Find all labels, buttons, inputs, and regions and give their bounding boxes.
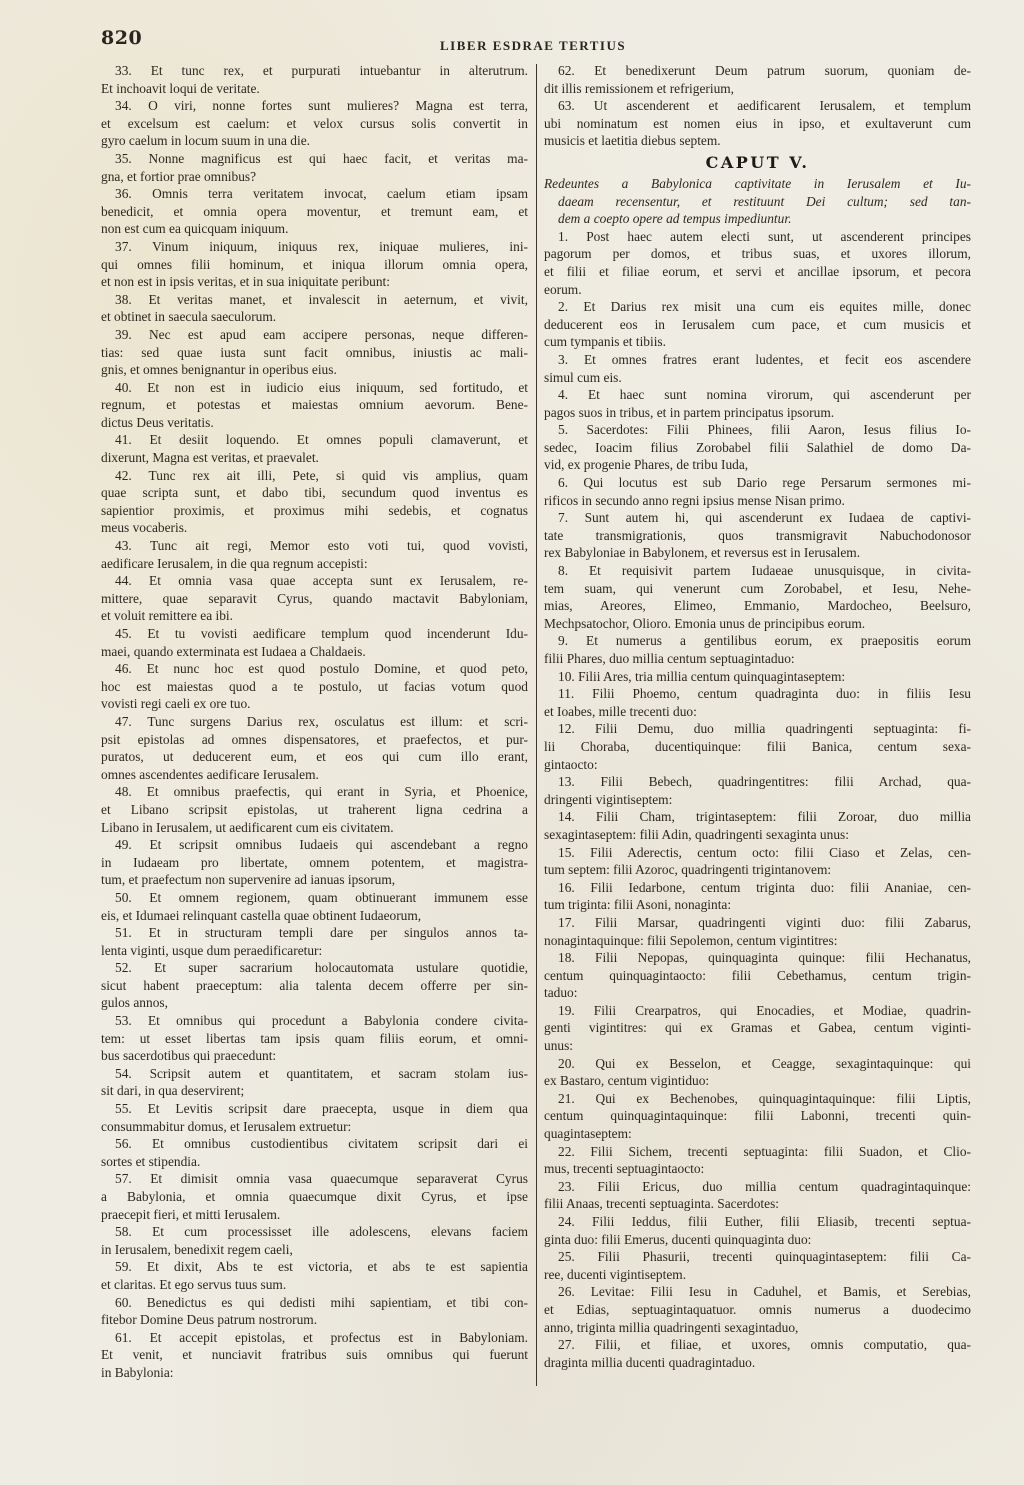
text-line: 9. Et numerus a gentilibus eorum, ex pra… [544, 632, 971, 650]
text-line: Mechpsatochor, Olioro. Emonia unus de pr… [544, 615, 971, 633]
text-line: hoc est maiestas quod a te postulo, ut f… [101, 678, 528, 696]
chapter-summary: Redeuntes a Babylonica captivitate in Ie… [544, 175, 971, 228]
verse-54: 54. Scripsit autem et quantitatem, et sa… [101, 1065, 528, 1100]
verse-60: 60. Benedictus es qui dedisti mihi sapie… [101, 1294, 528, 1329]
chapter-verses: 1. Post haec autem electi sunt, ut ascen… [544, 228, 971, 1372]
verse-24: 24. Filii Ieddus, filii Euther, filii El… [544, 1213, 971, 1248]
text-line: quae scripta sunt, et dabo tibi, secundu… [101, 484, 528, 502]
verse-15: 15. Filii Aderectis, centum octo: filii … [544, 844, 971, 879]
verse-18: 18. Filii Nepopas, quinquaginta quinque:… [544, 949, 971, 1002]
text-line: tias: sed quae iusta sunt facit omnibus,… [101, 344, 528, 362]
text-line: dixerunt, Magna est veritas, et praevale… [101, 449, 528, 467]
text-line: 6. Qui locutus est sub Dario rege Persar… [544, 474, 971, 492]
left-column: 33. Et tunc rex, et purpurati intuebantu… [101, 62, 528, 1382]
text-line: gna, et fortior prae omnibus? [101, 168, 528, 186]
verse-13: 13. Filii Bebech, quadringentitres: fili… [544, 773, 971, 808]
text-line: pagos suos in tribus, et in partem princ… [544, 404, 971, 422]
text-line: 20. Qui ex Besselon, et Ceagge, sexagint… [544, 1055, 971, 1073]
verse-61: 61. Et accepit epistolas, et profectus e… [101, 1329, 528, 1382]
text-line: et excelsum est caelum: et velox cursus … [101, 115, 528, 133]
text-line: 56. Et omnibus custodientibus civitatem … [101, 1135, 528, 1153]
verse-59: 59. Et dixit, Abs te est victoria, et ab… [101, 1258, 528, 1293]
text-line: 5. Sacerdotes: Filii Phinees, filii Aaro… [544, 421, 971, 439]
text-line: 53. Et omnibus qui procedunt a Babylonia… [101, 1012, 528, 1030]
text-line: 58. Et cum processisset ille adolescens,… [101, 1223, 528, 1241]
text-line: eis, et Idumaei relinquant castella quae… [101, 907, 528, 925]
verse-63: 63. Ut ascenderent et aedificarent Ierus… [544, 97, 971, 150]
verse-44: 44. Et omnia vasa quae accepta sunt ex I… [101, 572, 528, 625]
verse-16: 16. Filii Iedarbone, centum triginta duo… [544, 879, 971, 914]
text-line: 51. Et in structuram templi dare per sin… [101, 924, 528, 942]
text-line: tem suam, qui venerunt cum Zorobabel, et… [544, 580, 971, 598]
text-line: sedec, Ioacim filius Zorobabel filii Sal… [544, 439, 971, 457]
verse-5: 5. Sacerdotes: Filii Phinees, filii Aaro… [544, 421, 971, 474]
text-line: et Libano scripsit epistolas, ut trahere… [101, 801, 528, 819]
verse-6: 6. Qui locutus est sub Dario rege Persar… [544, 474, 971, 509]
text-line: rex Babyloniae in Babylonem, et reversus… [544, 544, 971, 562]
text-line: 13. Filii Bebech, quadringentitres: fili… [544, 773, 971, 791]
text-line: centum quinquagintaquinque: filii Labonn… [544, 1107, 971, 1125]
text-line: 42. Tunc rex ait illi, Pete, si quid vis… [101, 467, 528, 485]
text-line: quagintaseptem: [544, 1125, 971, 1143]
verse-39: 39. Nec est apud eam accipere personas, … [101, 326, 528, 379]
verse-33: 33. Et tunc rex, et purpurati intuebantu… [101, 62, 528, 97]
text-line: gyro caelum in locum suum in una die. [101, 132, 528, 150]
text-line: 10. Filii Ares, tria millia centum quinq… [544, 668, 971, 686]
text-line: Et inchoavit loqui de veritate. [101, 80, 528, 98]
text-line: ree, ducenti vigintiseptem. [544, 1266, 971, 1284]
text-line: a Babylonia, et omnia quaecumque dixit C… [101, 1188, 528, 1206]
verse-35: 35. Nonne magnificus est qui haec facit,… [101, 150, 528, 185]
column-divider [536, 64, 537, 1386]
text-line: regnum, et potestas et maiestas omnium a… [101, 396, 528, 414]
text-line: sapientior proximis, et proximus mihi se… [101, 502, 528, 520]
verse-47: 47. Tunc surgens Darius rex, osculatus e… [101, 713, 528, 783]
text-line: pagorum per domos, et tribus suas, et ux… [544, 245, 971, 263]
text-line: 2. Et Darius rex misit una cum eis equit… [544, 298, 971, 316]
text-line: lenta viginti, usque dum peraedificaretu… [101, 942, 528, 960]
text-line: psit epistolas ad omnes dispensatores, e… [101, 731, 528, 749]
page-number: 820 [101, 27, 142, 49]
text-line: omnes ascendentes aedificare Ierusalem. [101, 766, 528, 784]
text-line: 50. Et omnem regionem, quam obtinuerant … [101, 889, 528, 907]
book-page: 820 LIBER ESDRAE TERTIUS 33. Et tunc rex… [0, 0, 1024, 1485]
text-line: 37. Vinum iniquum, iniquus rex, iniquae … [101, 238, 528, 256]
text-line: et voluit remittere ea ibi. [101, 607, 528, 625]
text-line: anno, triginta millia quadringenti sexag… [544, 1319, 971, 1337]
text-line: lii Choraba, ducentiquinque: filii Banic… [544, 738, 971, 756]
verses-before-chapter: 62. Et benedixerunt Deum patrum suorum, … [544, 62, 971, 150]
text-line: 7. Sunt autem hi, qui ascenderunt ex Iud… [544, 509, 971, 527]
verse-38: 38. Et veritas manet, et invalescit in a… [101, 291, 528, 326]
text-line: 54. Scripsit autem et quantitatem, et sa… [101, 1065, 528, 1083]
verse-56: 56. Et omnibus custodientibus civitatem … [101, 1135, 528, 1170]
verse-41: 41. Et desiit loquendo. Et omnes populi … [101, 431, 528, 466]
chapter-heading: CAPUT V. [544, 151, 971, 175]
verse-51: 51. Et in structuram templi dare per sin… [101, 924, 528, 959]
summary-line: dem a coepto opere ad tempus impediuntur… [544, 210, 971, 228]
verse-57: 57. Et dimisit omnia vasa quaecumque sep… [101, 1170, 528, 1223]
verse-27: 27. Filii, et filiae, et uxores, omnis c… [544, 1336, 971, 1371]
text-line: filii Phares, duo millia centum septuagi… [544, 650, 971, 668]
text-line: 47. Tunc surgens Darius rex, osculatus e… [101, 713, 528, 731]
text-line: rificos in secundo anno regni ipsius men… [544, 492, 971, 510]
verse-2: 2. Et Darius rex misit una cum eis equit… [544, 298, 971, 351]
text-line: 23. Filii Ericus, duo millia centum quad… [544, 1178, 971, 1196]
text-line: 1. Post haec autem electi sunt, ut ascen… [544, 228, 971, 246]
verse-53: 53. Et omnibus qui procedunt a Babylonia… [101, 1012, 528, 1065]
text-line: praecepit fieri, et mitti Ierusalem. [101, 1206, 528, 1224]
text-line: simul cum eis. [544, 369, 971, 387]
text-line: 14. Filii Cham, trigintaseptem: filii Zo… [544, 808, 971, 826]
text-line: nonagintaquinque: filii Sepolemon, centu… [544, 932, 971, 950]
verse-3: 3. Et omnes fratres erant ludentes, et f… [544, 351, 971, 386]
text-line: in Babylonia: [101, 1364, 528, 1382]
summary-line: Redeuntes a Babylonica captivitate in Ie… [544, 175, 971, 193]
text-line: Et venit, et nunciavit fratribus suis om… [101, 1346, 528, 1364]
text-line: puratos, ut deducerent eum, et eos qui c… [101, 748, 528, 766]
running-title: LIBER ESDRAE TERTIUS [440, 38, 626, 54]
verse-36: 36. Omnis terra veritatem invocat, caelu… [101, 185, 528, 238]
text-line: 11. Filii Phoemo, centum quadraginta duo… [544, 685, 971, 703]
text-line: 27. Filii, et filiae, et uxores, omnis c… [544, 1336, 971, 1354]
text-line: sexagintaseptem: filii Adin, quadringent… [544, 826, 971, 844]
text-line: 18. Filii Nepopas, quinquaginta quinque:… [544, 949, 971, 967]
text-line: sortes et stipendia. [101, 1153, 528, 1171]
text-line: gintaocto: [544, 756, 971, 774]
text-line: aedificare Ierusalem, in die qua regnum … [101, 555, 528, 573]
text-line: dringenti vigintiseptem: [544, 791, 971, 809]
text-line: unus: [544, 1037, 971, 1055]
text-line: 46. Et nunc hoc est quod postulo Domine,… [101, 660, 528, 678]
text-line: ubi nominatum est nomen eius in ipso, et… [544, 115, 971, 133]
text-line: tate transmigrationis, quos transmigravi… [544, 527, 971, 545]
verse-12: 12. Filii Demu, duo millia quadringenti … [544, 720, 971, 773]
text-line: et obtinet in saecula saeculorum. [101, 308, 528, 326]
text-line: 17. Filii Marsar, quadringenti viginti d… [544, 914, 971, 932]
verse-1: 1. Post haec autem electi sunt, ut ascen… [544, 228, 971, 298]
text-line: 43. Tunc ait regi, Memor esto voti tui, … [101, 537, 528, 555]
text-line: vid, ex progenie Phares, de tribu Iuda, [544, 456, 971, 474]
text-line: tem: ut esset libertas tam ipsis quam fi… [101, 1030, 528, 1048]
text-line: non est cum ea quicquam iniquum. [101, 220, 528, 238]
right-column: 62. Et benedixerunt Deum patrum suorum, … [544, 62, 971, 1371]
verse-49: 49. Et scripsit omnibus Iudaeis qui asce… [101, 836, 528, 889]
text-line: 48. Et omnibus praefectis, qui erant in … [101, 783, 528, 801]
verse-48: 48. Et omnibus praefectis, qui erant in … [101, 783, 528, 836]
text-line: 61. Et accepit epistolas, et profectus e… [101, 1329, 528, 1347]
verse-62: 62. Et benedixerunt Deum patrum suorum, … [544, 62, 971, 97]
verse-26: 26. Levitae: Filii Iesu in Caduhel, et B… [544, 1283, 971, 1336]
text-line: 59. Et dixit, Abs te est victoria, et ab… [101, 1258, 528, 1276]
verse-17: 17. Filii Marsar, quadringenti viginti d… [544, 914, 971, 949]
text-line: 49. Et scripsit omnibus Iudaeis qui asce… [101, 836, 528, 854]
text-line: mias, Areores, Elimeo, Emmanio, Mardoche… [544, 597, 971, 615]
text-line: 25. Filii Phasurii, trecenti quinquagint… [544, 1248, 971, 1266]
text-line: 12. Filii Demu, duo millia quadringenti … [544, 720, 971, 738]
verse-20: 20. Qui ex Besselon, et Ceagge, sexagint… [544, 1055, 971, 1090]
text-line: vovisti regi caeli ex ore tuo. [101, 695, 528, 713]
text-line: 45. Et tu vovisti aedificare templum quo… [101, 625, 528, 643]
text-line: et Ioabes, mille trecenti duo: [544, 703, 971, 721]
verse-58: 58. Et cum processisset ille adolescens,… [101, 1223, 528, 1258]
text-line: ginta duo: filii Emerus, ducenti quinqua… [544, 1231, 971, 1249]
text-line: 24. Filii Ieddus, filii Euther, filii El… [544, 1213, 971, 1231]
text-line: 40. Et non est in iudicio eius iniquum, … [101, 379, 528, 397]
text-line: bus sacerdotibus qui praecedunt: [101, 1047, 528, 1065]
verse-23: 23. Filii Ericus, duo millia centum quad… [544, 1178, 971, 1213]
verse-46: 46. Et nunc hoc est quod postulo Domine,… [101, 660, 528, 713]
text-line: 16. Filii Iedarbone, centum triginta duo… [544, 879, 971, 897]
text-line: tum triginta: filii Asoni, nonaginta: [544, 896, 971, 914]
verse-43: 43. Tunc ait regi, Memor esto voti tui, … [101, 537, 528, 572]
text-line: et claritas. Et ego servus tuus sum. [101, 1276, 528, 1294]
text-line: 33. Et tunc rex, et purpurati intuebantu… [101, 62, 528, 80]
text-line: 60. Benedictus es qui dedisti mihi sapie… [101, 1294, 528, 1312]
text-line: maei, quando exterminata est Iudaea a Ch… [101, 643, 528, 661]
text-line: tum, et praefectum non supervenire ad ia… [101, 871, 528, 889]
verse-10: 10. Filii Ares, tria millia centum quinq… [544, 668, 971, 686]
text-line: taduo: [544, 984, 971, 1002]
text-line: 55. Et Levitis scripsit dare praecepta, … [101, 1100, 528, 1118]
text-line: 34. O viri, nonne fortes sunt mulieres? … [101, 97, 528, 115]
text-line: sit dari, in qua deservirent; [101, 1082, 528, 1100]
text-line: 52. Et super sacrarium holocautomata ust… [101, 959, 528, 977]
text-line: mittere, quae separavit Cyrus, quando ma… [101, 590, 528, 608]
summary-line: daeam recensentur, et restituunt Dei cul… [544, 193, 971, 211]
text-line: 4. Et haec sunt nomina virorum, qui asce… [544, 386, 971, 404]
text-line: dictus Deus veritatis. [101, 414, 528, 432]
verse-9: 9. Et numerus a gentilibus eorum, ex pra… [544, 632, 971, 667]
text-line: et filii et filiae eorum, et servi et an… [544, 263, 971, 281]
text-line: benedicit, et omnia opera moventur, et t… [101, 203, 528, 221]
text-line: 21. Qui ex Bechenobes, quinquagintaquinq… [544, 1090, 971, 1108]
text-line: deducerent eos in Ierusalem cum pace, et… [544, 316, 971, 334]
text-line: tum septem: filii Azoroc, quadringenti t… [544, 861, 971, 879]
text-line: 57. Et dimisit omnia vasa quaecumque sep… [101, 1170, 528, 1188]
text-line: 39. Nec est apud eam accipere personas, … [101, 326, 528, 344]
text-line: 35. Nonne magnificus est qui haec facit,… [101, 150, 528, 168]
text-line: in Ierusalem, benedixit regem caeli, [101, 1241, 528, 1259]
text-line: cum tympanis et tibiis. [544, 333, 971, 351]
verse-25: 25. Filii Phasurii, trecenti quinquagint… [544, 1248, 971, 1283]
text-line: genti vigintitres: qui ex Gramas et Gabe… [544, 1019, 971, 1037]
verse-34: 34. O viri, nonne fortes sunt mulieres? … [101, 97, 528, 150]
text-line: fitebor Domine Deus patrum nostrorum. [101, 1311, 528, 1329]
text-line: musicis et laetitia diebus septem. [544, 132, 971, 150]
verse-50: 50. Et omnem regionem, quam obtinuerant … [101, 889, 528, 924]
verse-19: 19. Filii Crearpatros, qui Enocadies, et… [544, 1002, 971, 1055]
verse-37: 37. Vinum iniquum, iniquus rex, iniquae … [101, 238, 528, 291]
verse-22: 22. Filii Sichem, trecenti septuaginta: … [544, 1143, 971, 1178]
text-line: 15. Filii Aderectis, centum octo: filii … [544, 844, 971, 862]
text-line: 38. Et veritas manet, et invalescit in a… [101, 291, 528, 309]
text-line: ex Bastaro, centum vigintiduo: [544, 1072, 971, 1090]
text-line: 41. Et desiit loquendo. Et omnes populi … [101, 431, 528, 449]
text-line: meus vocaberis. [101, 519, 528, 537]
verse-8: 8. Et requisivit partem Iudaeae unusquis… [544, 562, 971, 632]
text-line: et Edias, septuagintaquatuor. omnis nume… [544, 1301, 971, 1319]
text-line: 26. Levitae: Filii Iesu in Caduhel, et B… [544, 1283, 971, 1301]
text-line: 44. Et omnia vasa quae accepta sunt ex I… [101, 572, 528, 590]
verse-40: 40. Et non est in iudicio eius iniquum, … [101, 379, 528, 432]
text-line: centum quinquagintaocto: filii Cebethamu… [544, 967, 971, 985]
text-line: et non est in ipsis veritas, et in sua i… [101, 273, 528, 291]
text-line: gulos annos, [101, 994, 528, 1012]
verse-14: 14. Filii Cham, trigintaseptem: filii Zo… [544, 808, 971, 843]
verse-55: 55. Et Levitis scripsit dare praecepta, … [101, 1100, 528, 1135]
verse-7: 7. Sunt autem hi, qui ascenderunt ex Iud… [544, 509, 971, 562]
text-line: 62. Et benedixerunt Deum patrum suorum, … [544, 62, 971, 80]
verse-42: 42. Tunc rex ait illi, Pete, si quid vis… [101, 467, 528, 537]
text-line: consummabitur domus, et Ierusalem extrue… [101, 1118, 528, 1136]
text-line: 22. Filii Sichem, trecenti septuaginta: … [544, 1143, 971, 1161]
text-line: 8. Et requisivit partem Iudaeae unusquis… [544, 562, 971, 580]
text-line: Libano in Ierusalem, ut aedificarent cum… [101, 819, 528, 837]
text-line: 36. Omnis terra veritatem invocat, caelu… [101, 185, 528, 203]
text-line: gnis, et omnes benignantur in operibus e… [101, 361, 528, 379]
verse-4: 4. Et haec sunt nomina virorum, qui asce… [544, 386, 971, 421]
text-line: filii Anaas, trecenti septuaginta. Sacer… [544, 1195, 971, 1213]
verse-52: 52. Et super sacrarium holocautomata ust… [101, 959, 528, 1012]
text-line: qui omnes filii hominum, et iniqua illor… [101, 256, 528, 274]
verse-45: 45. Et tu vovisti aedificare templum quo… [101, 625, 528, 660]
text-line: eorum. [544, 281, 971, 299]
text-line: 3. Et omnes fratres erant ludentes, et f… [544, 351, 971, 369]
text-line: 19. Filii Crearpatros, qui Enocadies, et… [544, 1002, 971, 1020]
text-line: sicut habent praeceptum: alia talenta de… [101, 977, 528, 995]
text-line: draginta millia ducenti quadragintaduo. [544, 1354, 971, 1372]
verse-21: 21. Qui ex Bechenobes, quinquagintaquinq… [544, 1090, 971, 1143]
verse-11: 11. Filii Phoemo, centum quadraginta duo… [544, 685, 971, 720]
text-line: dit illis remissionem et refrigerium, [544, 80, 971, 98]
text-line: mus, trecenti septuagintaocto: [544, 1160, 971, 1178]
text-line: 63. Ut ascenderent et aedificarent Ierus… [544, 97, 971, 115]
text-line: in Iudaeam pro libertate, omnem potentem… [101, 854, 528, 872]
